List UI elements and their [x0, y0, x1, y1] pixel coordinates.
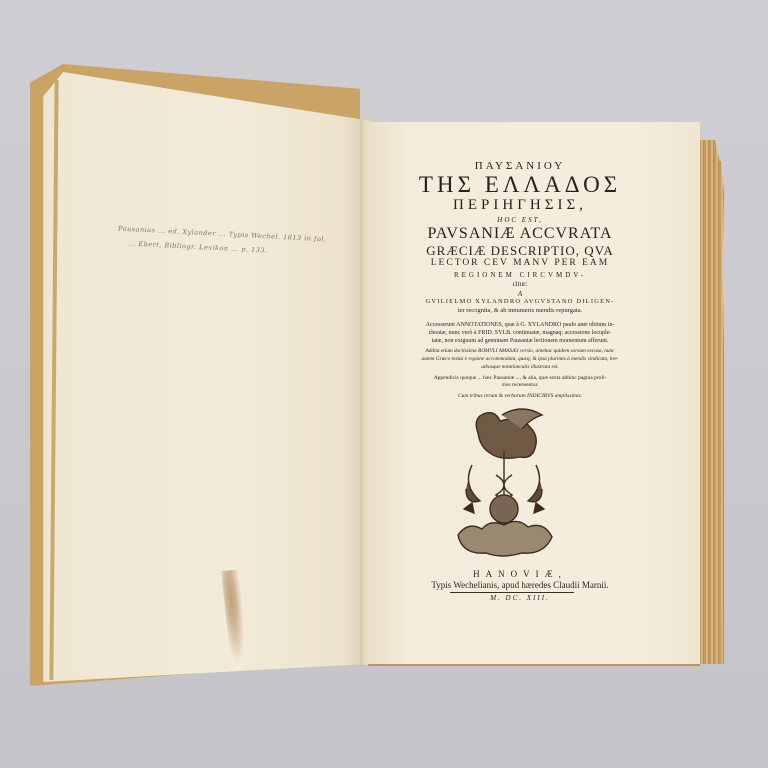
greek-title-line-2: ΠΕΡΙΗΓΗΣΙΣ,	[380, 197, 660, 214]
editor-line-2: ter recognita, & ab innumeris mendis rep…	[380, 307, 660, 314]
amasaeus-line-3: uibusque notationculis illustrata est.	[380, 363, 660, 371]
greek-title-line-1: ΤΗΣ ΕΛΛΑΔΟΣ	[380, 172, 660, 198]
editor-line-1: GVILIELMO XYLANDRO AVGVSTANO DILIGEN-	[380, 298, 660, 305]
greek-author: ΠΑΥΣΑΝΙΟΥ	[380, 160, 660, 172]
index-line: Cum tribus rerum & verborum INDICIBVS am…	[380, 392, 660, 400]
latin-title-line-4: REGIONEM CIRCVMDV-	[380, 271, 660, 279]
amasaeus-line-1: Addita etiam doctissima ROMVLI AMASÆI ve…	[380, 347, 660, 355]
annotations-line-3: tatæ, non exiguum ad genuinam Pausaniæ l…	[380, 337, 660, 345]
annotations-line-2: choatæ, nunc verò à FRID. SYLB. continua…	[380, 329, 660, 337]
imprint-printer: Typis Wechelianis, apud hæredes Claudii …	[380, 580, 660, 590]
imprint-rule	[450, 592, 574, 593]
printer-device-pegasus-icon	[452, 405, 556, 565]
imprint-year: M. DC. XIII.	[380, 594, 660, 602]
latin-title-line-2: GRÆCIÆ DESCRIPTIO, QVA	[380, 243, 660, 259]
appendix-line-2: xius recensentur.	[380, 381, 660, 389]
latin-title-line-3: LECTOR CEV MANV PER EAM	[380, 258, 660, 268]
hoc-est: HOC EST,	[380, 216, 660, 224]
amasaeus-line-2: autem Græco textui è regione accommodata…	[380, 355, 660, 363]
imprint-place: HANOVIÆ,	[380, 569, 660, 579]
left-flyleaf-page	[40, 72, 370, 682]
annotations-line-1: Accesserunt ANNOTATIONES, quæ à G. XYLAN…	[380, 321, 660, 329]
latin-title-line-1: PAVSANIÆ ACCVRATA	[380, 225, 660, 243]
latin-title-line-5: citur:	[380, 280, 660, 288]
preposition-a: A	[380, 290, 660, 298]
